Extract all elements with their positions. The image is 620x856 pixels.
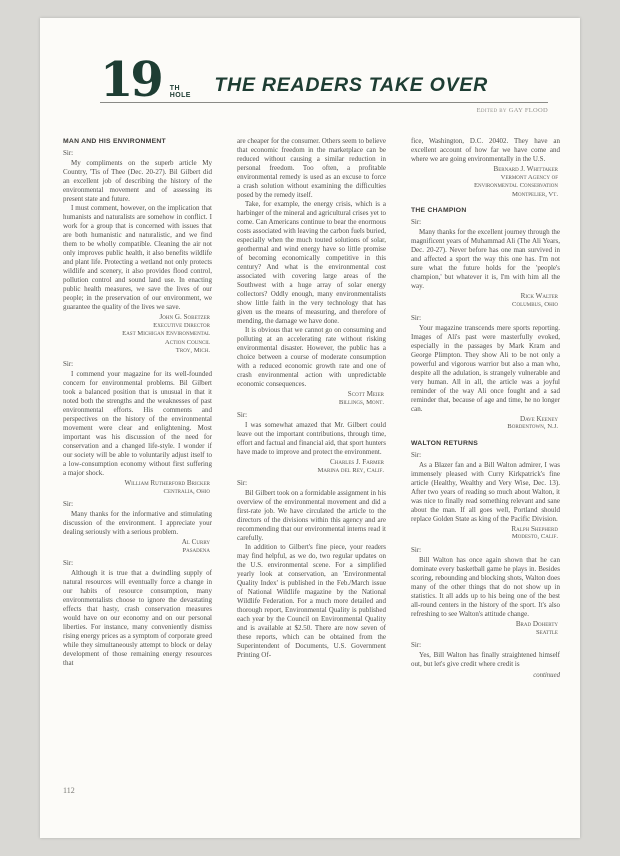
signature-city: Marina del Rey, Calif. <box>237 467 384 476</box>
salutation: Sir: <box>237 479 386 488</box>
letters-column-3: fice, Washington, D.C. 20402. They have … <box>411 137 560 680</box>
nineteenth-hole-logo: 19 <box>100 60 161 100</box>
edited-by-credit: Edited by GAY FLOOD <box>100 107 548 114</box>
signature-name: Dave Keeney <box>411 415 558 424</box>
signature-line: Environmental Conservation <box>411 182 558 191</box>
section-heading: WALTON RETURNS <box>411 439 560 448</box>
letters-column-1: MAN AND HIS ENVIRONMENT Sir: My complime… <box>63 137 212 680</box>
letter-paragraph: Many thanks for the excellent journey th… <box>411 228 560 291</box>
masthead-divider <box>100 102 548 103</box>
signature-line: East Michigan Environmental <box>63 330 210 339</box>
logo-suffix: TH HOLE <box>170 85 191 100</box>
signature-city: Troy, Mich. <box>63 347 210 356</box>
letter-paragraph: Take, for example, the energy crisis, wh… <box>237 200 386 326</box>
salutation: Sir: <box>63 500 212 509</box>
salutation: Sir: <box>411 641 560 650</box>
signature-name: Rick Walter <box>411 292 558 301</box>
signature-city: Seattle <box>411 629 558 638</box>
signature-block: Rick Walter Columbus, Ohio <box>411 292 558 309</box>
salutation: Sir: <box>411 546 560 555</box>
signature-line: Executive Director <box>63 322 210 331</box>
signature-name: Ralph Shepherd <box>411 525 558 534</box>
letter-paragraph: I commend your magazine for its well-fou… <box>63 370 212 478</box>
letter-paragraph: Bill Walton has once again shown that he… <box>411 556 560 619</box>
letter-paragraph: are cheaper for the consumer. Others see… <box>237 137 386 200</box>
signature-city: Centralia, Ohio <box>63 488 210 497</box>
salutation: Sir: <box>63 149 212 158</box>
letter-paragraph: Yes, Bill Walton has finally straightene… <box>411 651 560 669</box>
signature-name: Brad Doherty <box>411 620 558 629</box>
signature-block: Dave Keeney Bordentown, N.J. <box>411 415 558 432</box>
signature-city: Montpelier, Vt. <box>411 191 558 200</box>
letter-paragraph: It is obvious that we cannot go on consu… <box>237 326 386 389</box>
signature-line: Action Council <box>63 339 210 348</box>
signature-block: Ralph Shepherd Modesto, Calif. <box>411 525 558 542</box>
signature-block: William Rutherford Bricker Centralia, Oh… <box>63 479 210 496</box>
salutation: Sir: <box>63 559 212 568</box>
signature-block: Scott Meier Billings, Mont. <box>237 390 384 407</box>
section-heading: MAN AND HIS ENVIRONMENT <box>63 137 212 146</box>
signature-city: Pasadena <box>63 547 210 556</box>
signature-city: Billings, Mont. <box>237 399 384 408</box>
letter-paragraph: Your magazine transcends mere sports rep… <box>411 324 560 414</box>
signature-name: William Rutherford Bricker <box>63 479 210 488</box>
signature-name: John G. Sobetzer <box>63 313 210 322</box>
salutation: Sir: <box>63 360 212 369</box>
logo-th-label: TH <box>170 85 191 92</box>
signature-name: Al Curry <box>63 538 210 547</box>
page-number: 112 <box>63 786 75 795</box>
magazine-page: 19 TH HOLE THE READERS TAKE OVER Edited … <box>40 18 580 838</box>
signature-city: Columbus, Ohio <box>411 301 558 310</box>
signature-block: Charles J. Farmer Marina del Rey, Calif. <box>237 458 384 475</box>
signature-block: Al Curry Pasadena <box>63 538 210 555</box>
letter-paragraph: I was somewhat amazed that Mr. Gilbert c… <box>237 421 386 457</box>
letter-paragraph: fice, Washington, D.C. 20402. They have … <box>411 137 560 164</box>
masthead: 19 TH HOLE THE READERS TAKE OVER <box>100 50 479 100</box>
signature-name: Bernard J. Whittaker <box>411 165 558 174</box>
signature-name: Charles J. Farmer <box>237 458 384 467</box>
signature-block: John G. Sobetzer Executive Director East… <box>63 313 210 356</box>
letter-paragraph: I must comment, however, on the implicat… <box>63 204 212 312</box>
signature-city: Bordentown, N.J. <box>411 423 558 432</box>
salutation: Sir: <box>411 451 560 460</box>
signature-block: Bernard J. Whittaker Vermont Agency of E… <box>411 165 558 199</box>
salutation: Sir: <box>411 218 560 227</box>
salutation: Sir: <box>411 314 560 323</box>
signature-city: Modesto, Calif. <box>411 533 558 542</box>
letter-paragraph: My compliments on the superb article My … <box>63 159 212 204</box>
letter-paragraph: Many thanks for the informative and stim… <box>63 510 212 537</box>
signature-line: Vermont Agency of <box>411 174 558 183</box>
section-heading: THE CHAMPION <box>411 206 560 215</box>
signature-name: Scott Meier <box>237 390 384 399</box>
letter-paragraph: In addition to Gilbert's fine piece, you… <box>237 543 386 660</box>
letter-paragraph: Although it is true that a dwindling sup… <box>63 569 212 668</box>
letter-paragraph: Bil Gilbert took on a formidable assignm… <box>237 489 386 543</box>
letters-column-2: are cheaper for the consumer. Others see… <box>237 137 386 680</box>
letter-paragraph: As a Blazer fan and a Bill Walton admire… <box>411 461 560 524</box>
column-title: THE READERS TAKE OVER <box>200 75 488 100</box>
salutation: Sir: <box>237 411 386 420</box>
signature-block: Brad Doherty Seattle <box>411 620 558 637</box>
logo-hole-label: HOLE <box>170 92 191 99</box>
continued-label: continued <box>411 671 560 680</box>
letters-columns: MAN AND HIS ENVIRONMENT Sir: My complime… <box>63 137 560 680</box>
